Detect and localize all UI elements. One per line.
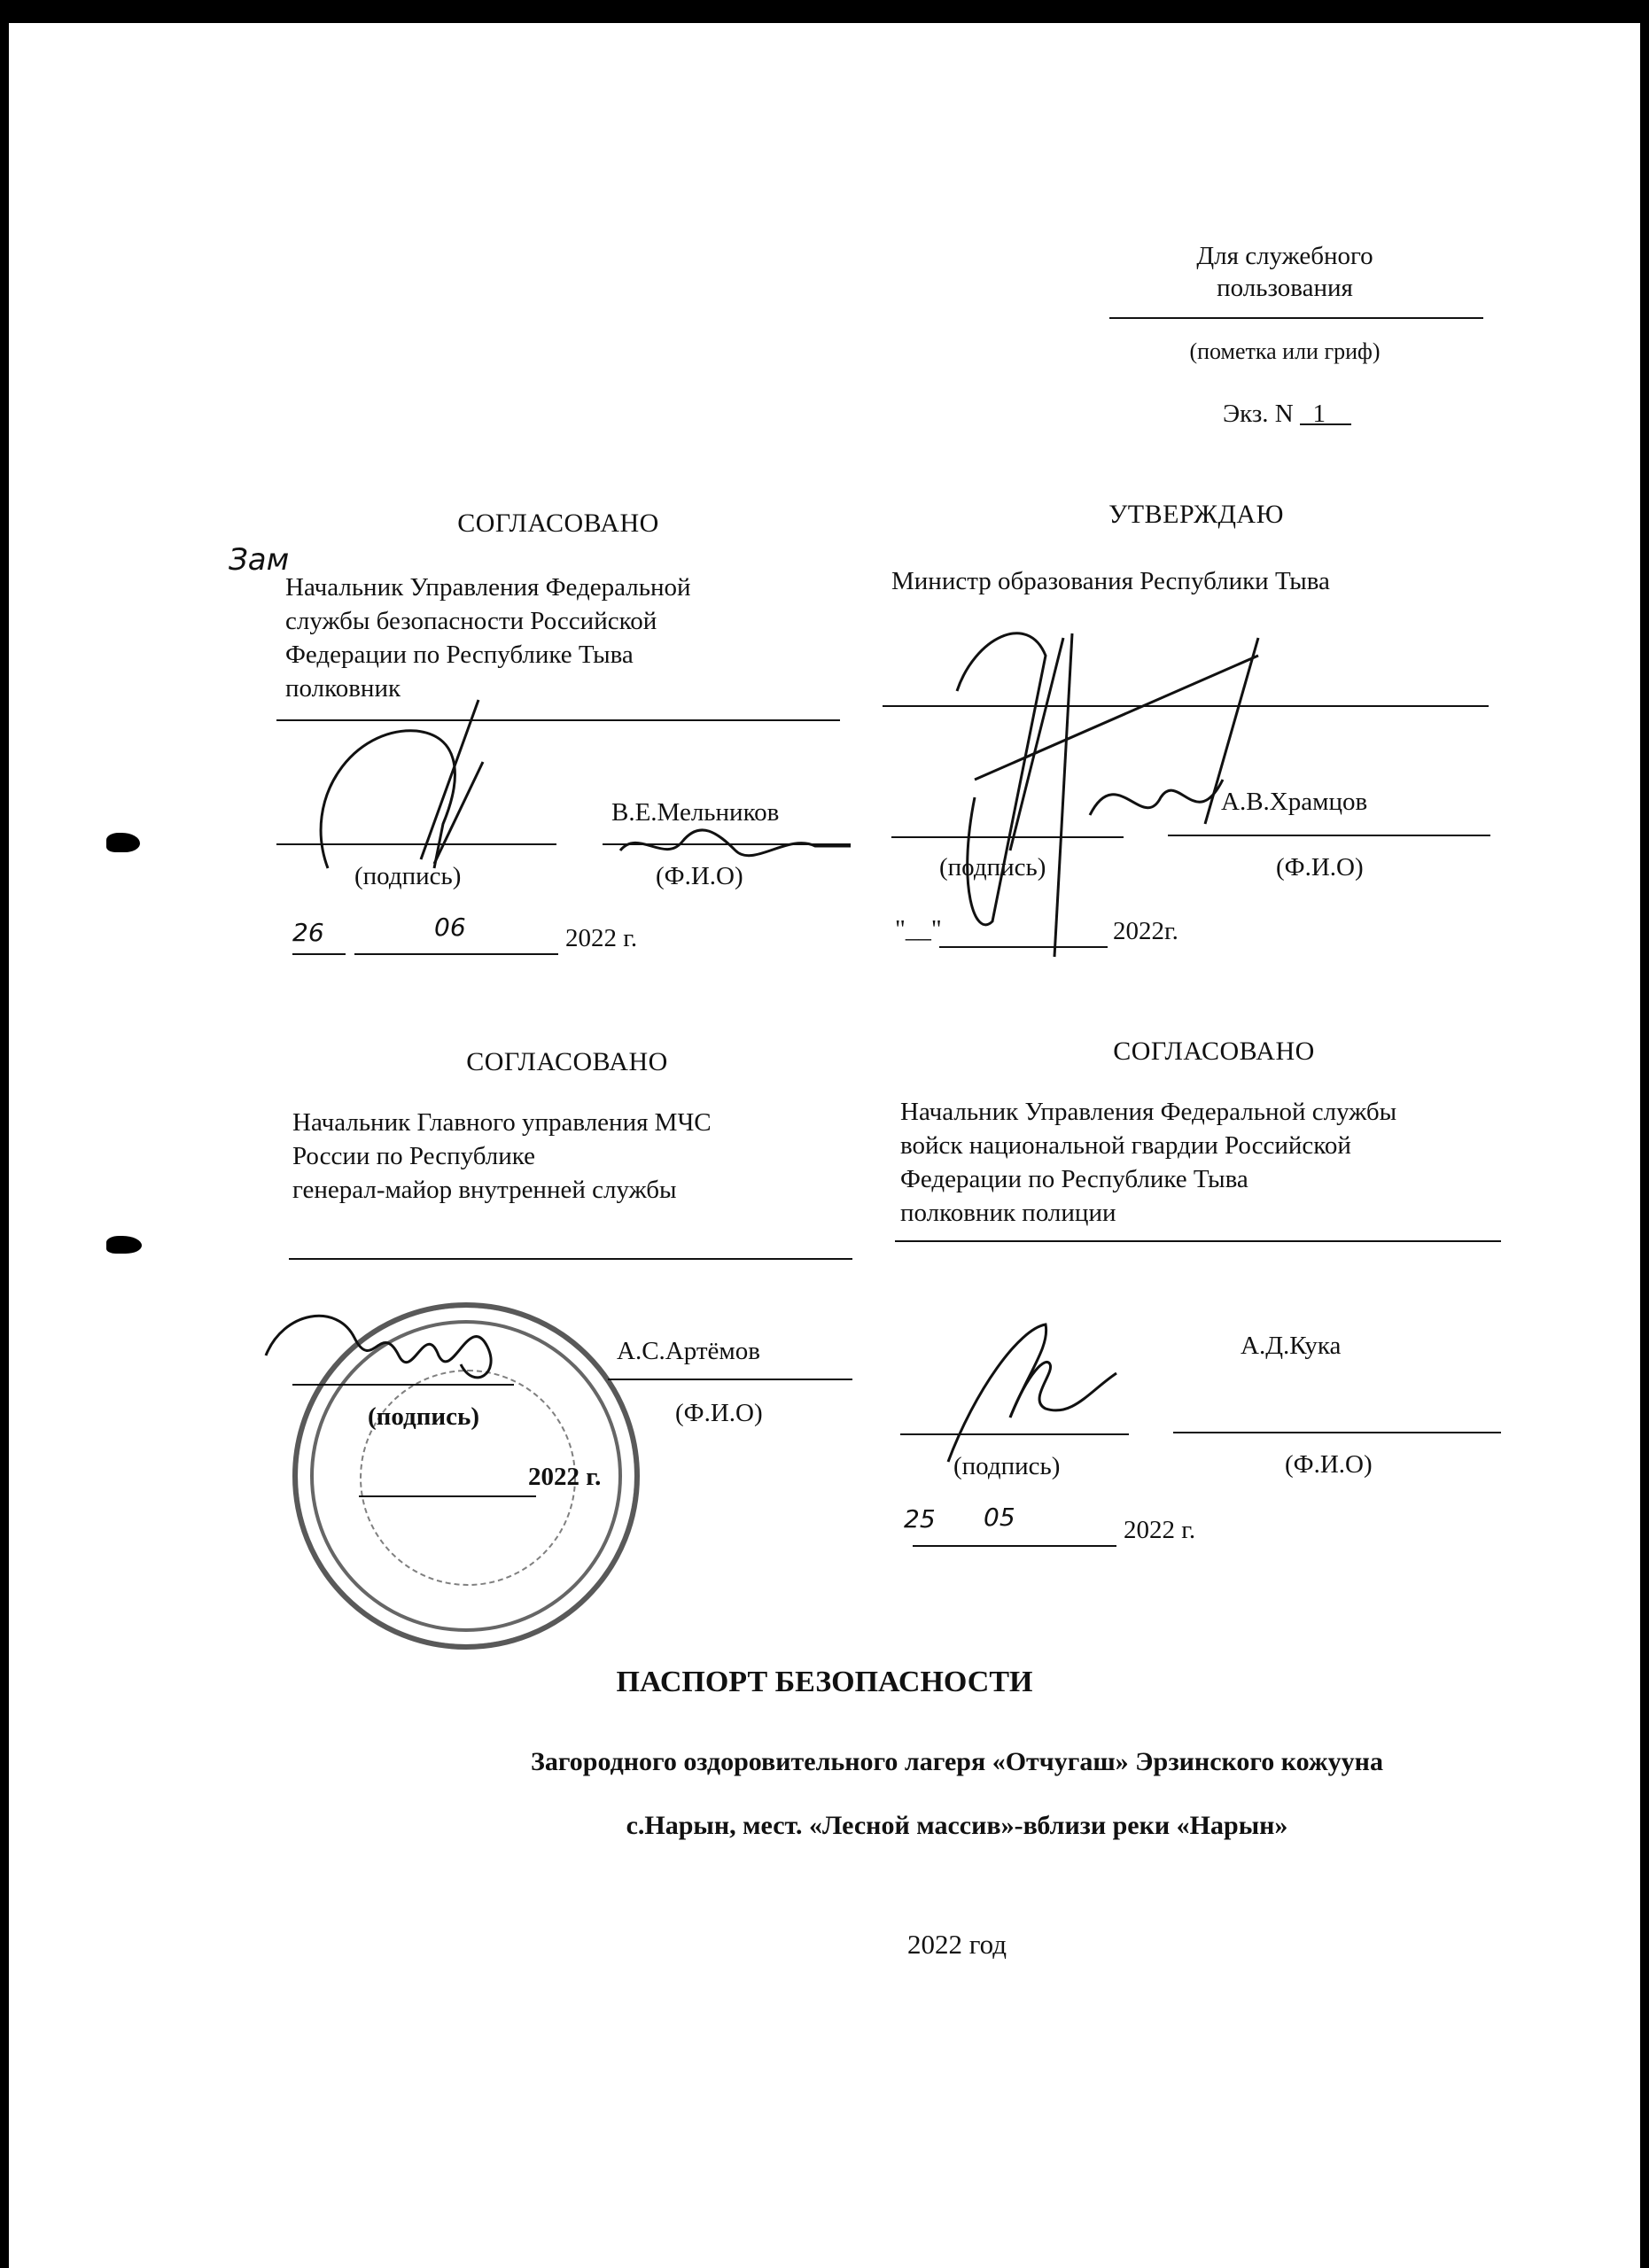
date-day-rule [292,953,346,955]
signature-artemov [257,1302,523,1409]
name-rule [1168,835,1490,836]
date-year: 2022 г. [565,921,637,955]
block-heading: СОГЛАСОВАНО [948,1035,1480,1068]
name-caption: (Ф.И.О) [675,1396,763,1430]
position-line: Министр образования Республики Тыва [891,564,1330,598]
copy-number-line: Экз. N 1 [1223,397,1351,431]
official-name: А.Д.Кука [1241,1329,1341,1363]
signature-caption: (подпись) [354,859,461,893]
name-caption: (Ф.И.О) [1285,1448,1373,1481]
position-line: России по Республике [292,1139,535,1173]
position-line: Начальник Главного управления МЧС [292,1106,712,1139]
classification-caption: (пометка или гриф) [1108,335,1462,369]
name-caption: (Ф.И.О) [1276,850,1364,884]
date-day: 26 [292,918,324,947]
scan-mark [106,1236,142,1254]
signature-kuka [939,1320,1223,1462]
classification-rule [1109,317,1483,319]
position-line: службы безопасности Российской [285,604,657,638]
handwritten-prefix: Зам [229,542,289,578]
date-day-rule [913,1545,948,1547]
date-month-rule [359,1495,536,1497]
official-name: А.С.Артёмов [617,1334,760,1368]
date-month: 06 [434,913,466,942]
position-rule [895,1240,1501,1242]
position-line: генерал-майор внутренней службы [292,1173,676,1207]
position-line: Начальник Управления Федеральной службы [900,1095,1396,1129]
document-subtitle-line1: Загородного оздоровительного лагеря «Отч… [399,1747,1515,1777]
date-day: 25 [904,1504,936,1534]
scan-border-top [0,0,1649,23]
document-title: ПАСПОРТ БЕЗОПАСНОСТИ [0,1666,1649,1699]
position-line: Федерации по Республике Тыва [285,638,634,672]
signature-rule [891,836,1124,838]
copy-label: Экз. N [1223,400,1294,428]
document-year: 2022 год [399,1928,1515,1961]
date-month-rule [354,953,558,955]
block-heading: СОГЛАСОВАНО [301,1045,833,1079]
scan-border-right [1640,0,1649,2268]
date-year: 2022 г. [1124,1513,1195,1547]
position-line: Начальник Управления Федеральной [285,571,691,604]
signature-caption: (подпись) [953,1449,1060,1483]
name-caption: (Ф.И.О) [656,859,743,893]
date-month: 05 [984,1503,1015,1532]
copy-number: 1 [1313,400,1326,428]
position-line: войск национальной гвардии Российской [900,1129,1351,1162]
block-heading: УТВЕРЖДАЮ [930,498,1462,532]
block-heading: СОГЛАСОВАНО [292,507,824,540]
classification-line2: пользования [1108,271,1462,305]
name-rule [1173,1432,1501,1433]
signature-caption: (подпись) [368,1400,479,1433]
date-day: "__" [895,913,942,946]
signature-rule [900,1433,1129,1435]
signature-rule [276,843,556,845]
official-name: А.В.Храмцов [1221,785,1367,819]
position-rule [289,1258,852,1260]
date-year: 2022г. [1113,914,1178,948]
document-subtitle-line2: с.Нарын, мест. «Лесной массив»-вблизи ре… [399,1811,1515,1841]
classification-line1: Для служебного [1108,239,1462,273]
name-rule [608,1379,852,1380]
date-year: 2022 г. [528,1460,601,1494]
date-month-rule [948,1545,1116,1547]
date-month-rule [939,946,1108,948]
position-line: Федерации по Республике Тыва [900,1162,1248,1196]
scan-border-left [0,0,9,2268]
position-line: полковник полиции [900,1196,1116,1230]
signature-rule [292,1384,514,1386]
signature-melnikov [301,691,532,886]
signature-caption: (подпись) [939,850,1046,884]
scan-mark [106,833,140,852]
